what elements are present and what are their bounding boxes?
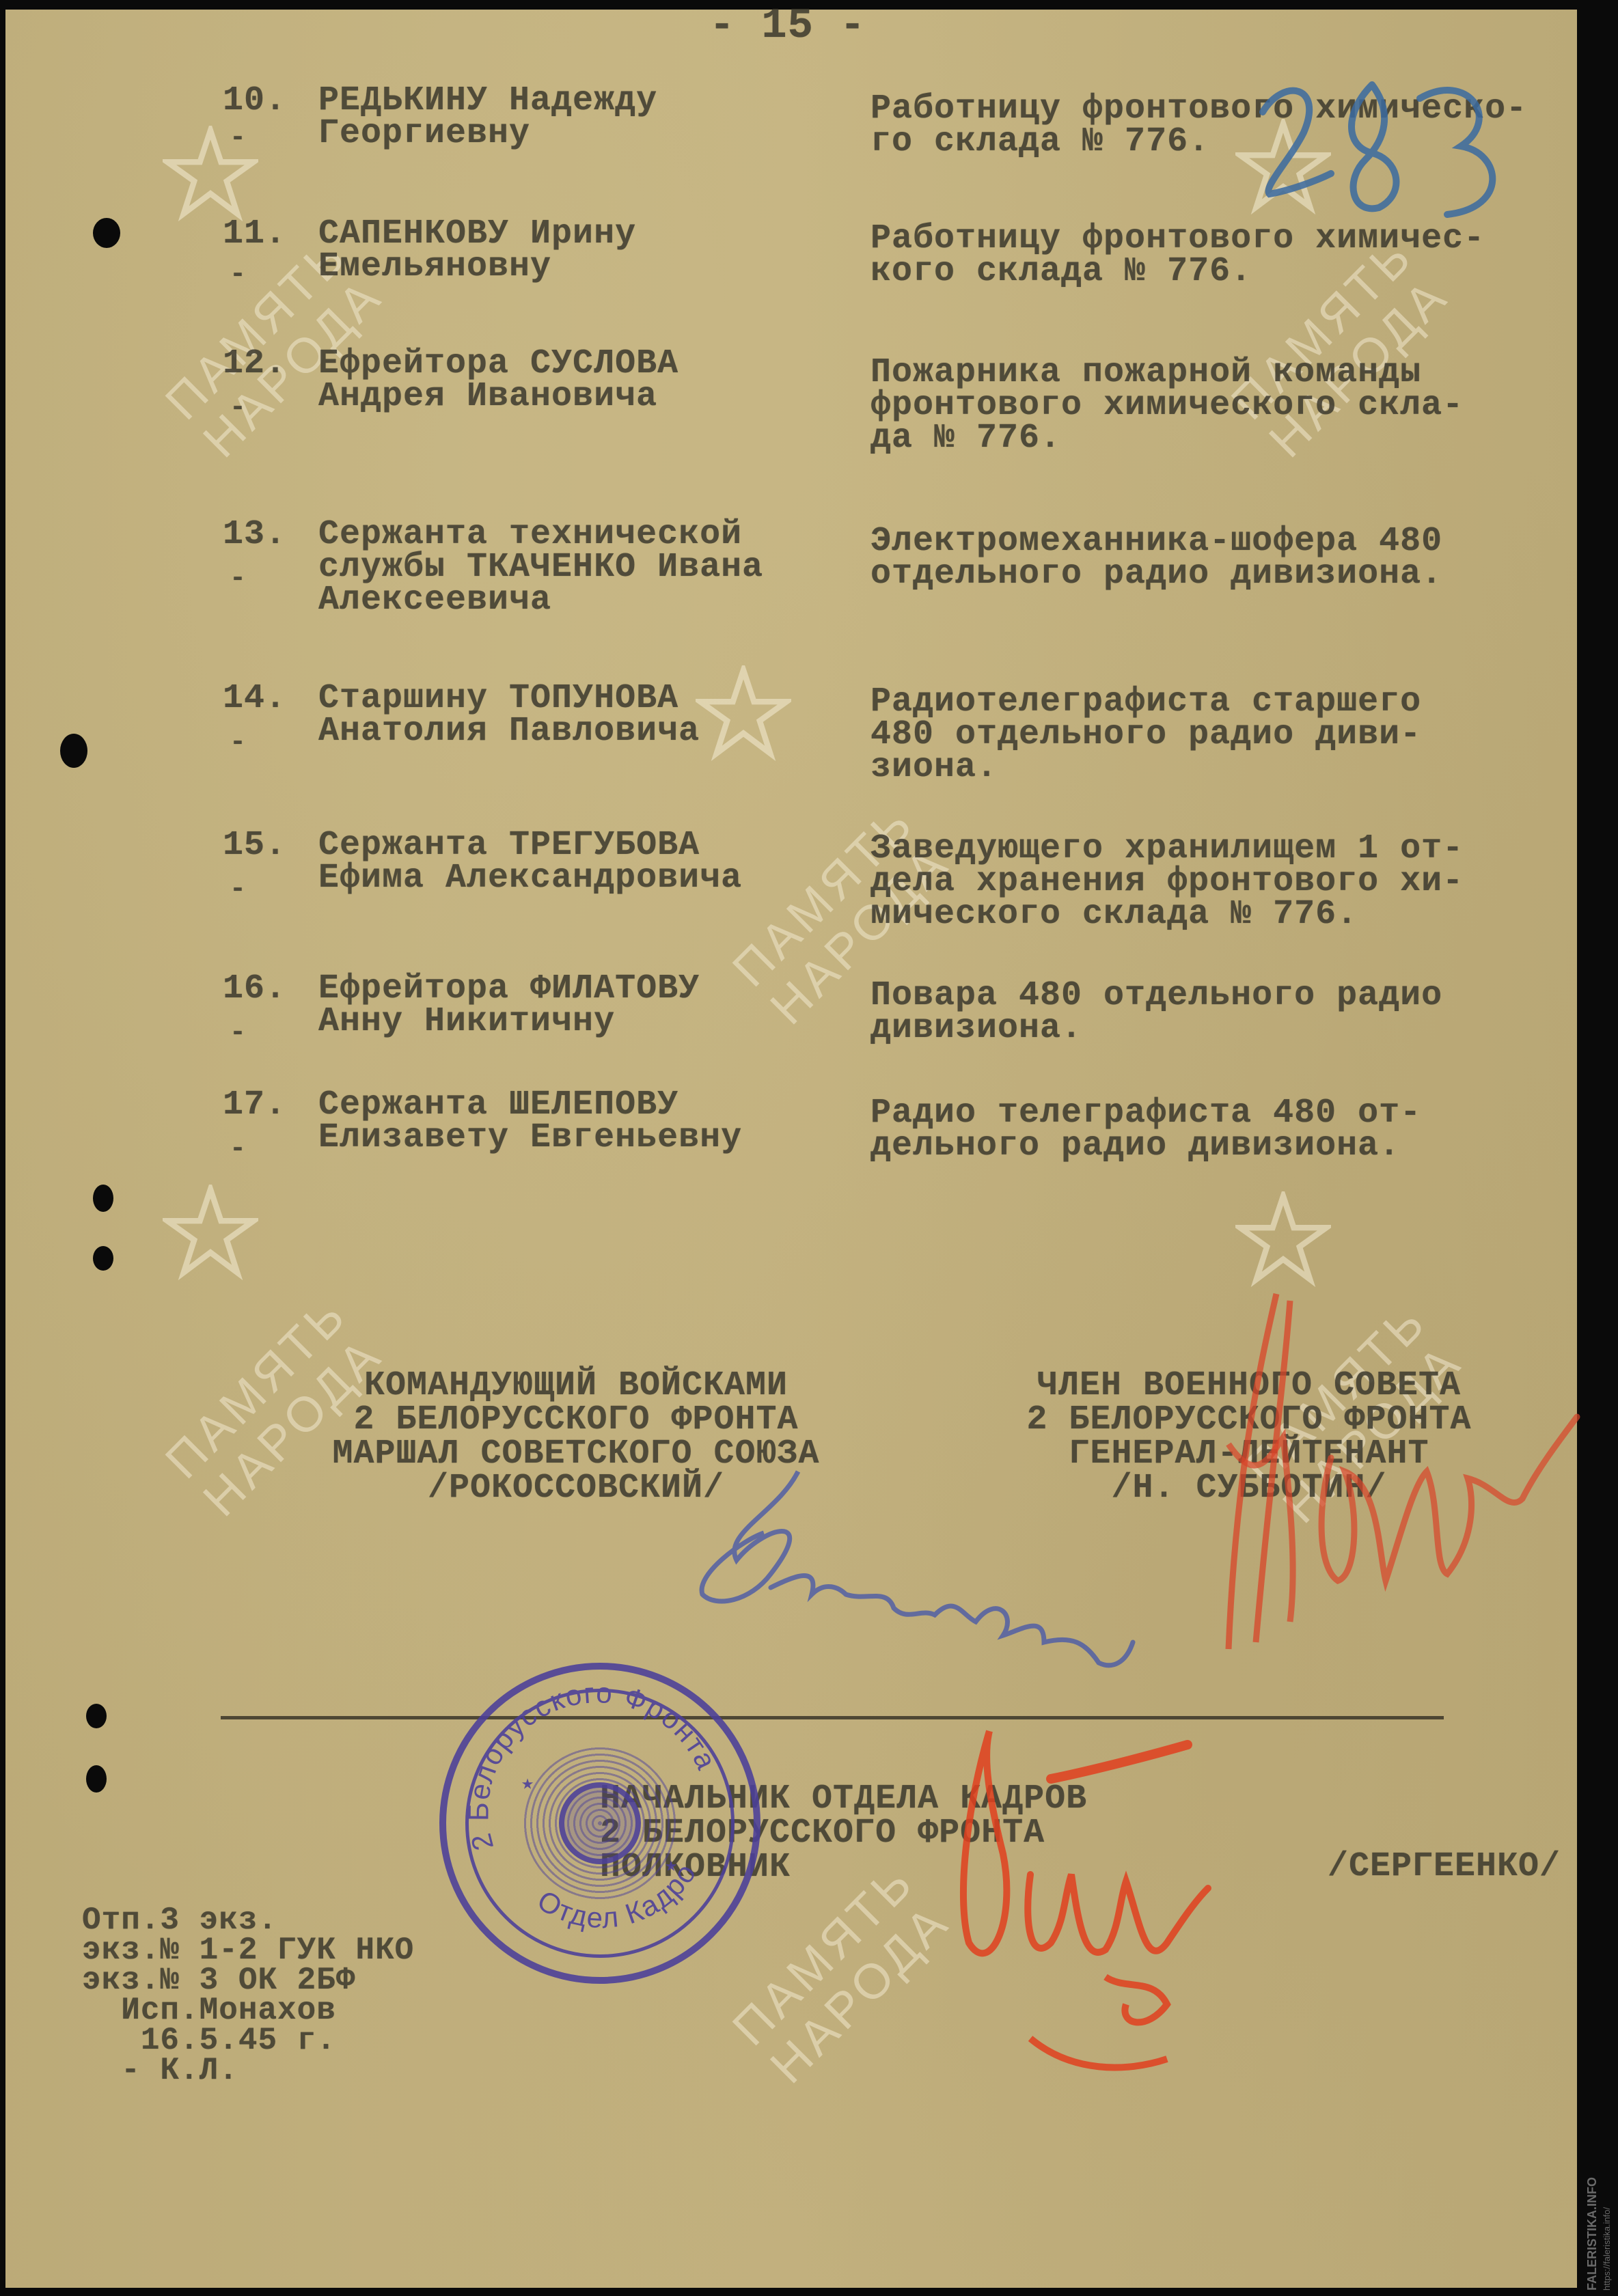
handwritten-signature-sergeenko (948, 1717, 1372, 2100)
entry-dash: - (230, 122, 247, 155)
watermark-star-icon (1235, 1191, 1331, 1287)
punch-hole (93, 218, 120, 248)
entry-number: 14. (223, 682, 305, 715)
entry-dash: - (230, 259, 247, 292)
stamp-text: 2 Белорусского Фронта Отдел Кадров ★ ★ (446, 1670, 754, 1977)
document-page: ПАМЯТЬ НАРОДА ПАМЯТЬ НАРОДА ПАМЯТЬ НАРОД… (5, 10, 1577, 2288)
entry-position: Работницу фронтового химичес- кого склад… (870, 223, 1485, 288)
entry-name: РЕДЬКИНУ Надежду Георгиевну (318, 85, 657, 150)
entry-number: 13. (223, 518, 305, 551)
punch-hole (60, 734, 87, 768)
entry-name: Сержанта ШЕЛЕПОВУ Елизавету Евгеньевну (318, 1089, 742, 1154)
faleristika-brand: FALERISTIKA.INFO https://faleristika.inf… (1581, 2155, 1615, 2292)
entry-name: САПЕНКОВУ Ирину Емельяновну (318, 218, 636, 283)
entry-name: Ефрейтора СУСЛОВА Андрея Ивановича (318, 348, 678, 413)
entry-name: Сержанта технической службы ТКАЧЕНКО Ива… (318, 518, 763, 617)
entry-position: Повара 480 отдельного радио дивизиона. (870, 980, 1442, 1045)
entry-name: Сержанта ТРЕГУБОВА Ефима Александровича (318, 829, 742, 895)
entry-dash: - (230, 392, 247, 425)
entry-name: Старшину ТОПУНОВА Анатолия Павловича (318, 682, 700, 748)
distribution-note: Отп.3 экз. экз.№ 1-2 ГУК НКО экз.№ 3 ОК … (82, 1905, 414, 2086)
page-number: - 15 - (709, 10, 866, 42)
punch-hole (86, 1704, 107, 1728)
entry-number: 17. (223, 1089, 305, 1122)
handwritten-signature-rokossovsky (661, 1458, 1181, 1683)
entry-number: 12. (223, 348, 305, 381)
svg-text:FALERISTIKA.INFO: FALERISTIKA.INFO (1585, 2177, 1599, 2291)
svg-text:283: 283 (1242, 71, 1262, 74)
punch-hole (93, 1246, 113, 1271)
handwritten-number: 283 (1242, 71, 1516, 221)
entry-number: 11. (223, 218, 305, 251)
entry-position: Электромеханника-шофера 480 отдельного р… (870, 525, 1442, 591)
watermark-star-icon (163, 1185, 258, 1280)
entry-number: 16. (223, 973, 305, 1006)
watermark-star-icon (696, 665, 791, 761)
official-stamp: 2 Белорусского Фронта Отдел Кадров ★ ★ (439, 1663, 760, 1984)
entry-position: Заведующего хранилищем 1 от- дела хранен… (870, 833, 1464, 931)
svg-text:★: ★ (521, 1773, 534, 1796)
punch-hole (93, 1185, 113, 1212)
entry-dash: - (230, 874, 247, 907)
entry-dash: - (230, 1133, 247, 1166)
entry-position: Радиотелеграфиста старшего 480 отдельног… (870, 686, 1421, 784)
entry-position: Пожарника пожарной команды фронтового хи… (870, 357, 1464, 455)
punch-hole (86, 1765, 107, 1793)
entry-dash: - (230, 1017, 247, 1050)
entry-number: 15. (223, 829, 305, 862)
entry-dash: - (230, 563, 247, 596)
entry-name: Ефрейтора ФИЛАТОВУ Анну Никитичну (318, 973, 700, 1038)
svg-text:https://faleristika.info/: https://faleristika.info/ (1602, 2207, 1612, 2291)
watermark: ПАМЯТЬ НАРОДА (723, 1854, 962, 2093)
svg-text:★: ★ (665, 1855, 677, 1878)
entry-dash: - (230, 727, 247, 760)
entry-number: 10. (223, 85, 305, 117)
entry-position: Радио телеграфиста 480 от- дельного ради… (870, 1097, 1421, 1163)
handwritten-signature-subbotin (1153, 1280, 1604, 1663)
svg-text:2 Белорусского Фронта: 2 Белорусского Фронта (462, 1676, 723, 1854)
